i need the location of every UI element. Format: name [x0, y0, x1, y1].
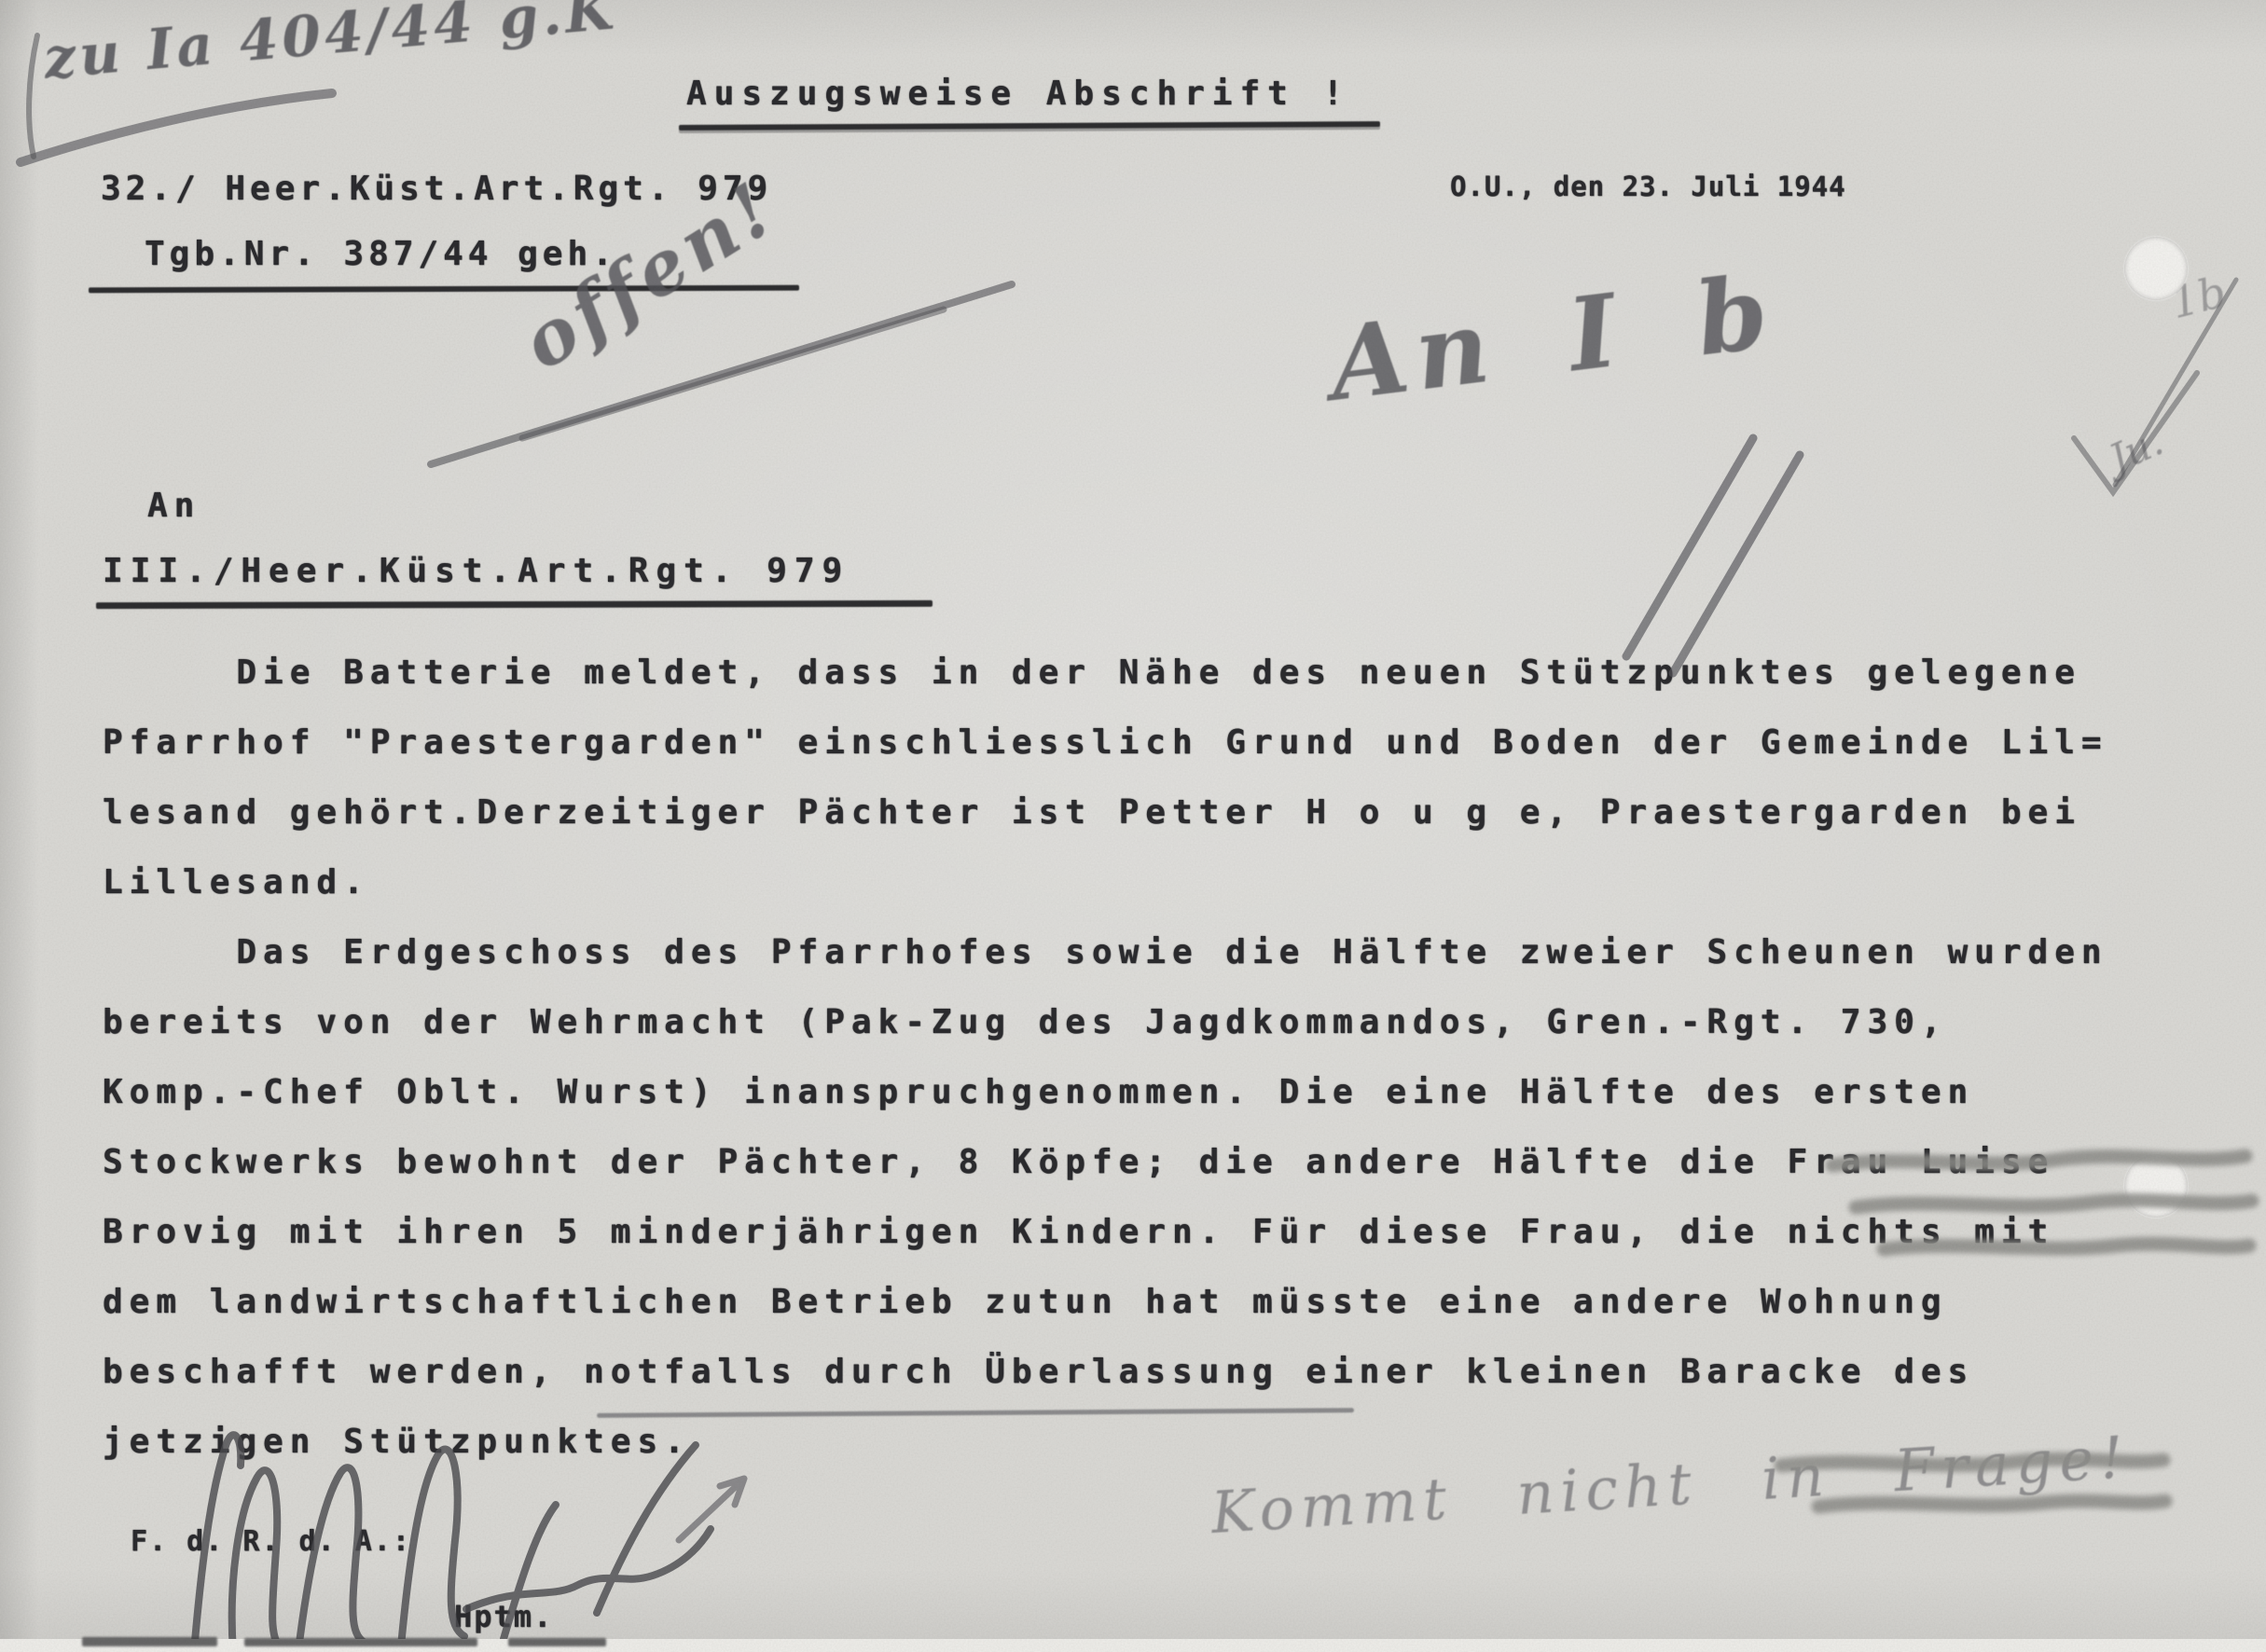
offen-strike-2 — [522, 310, 944, 438]
scan-artifact-strip-3 — [508, 1638, 606, 1646]
scan-artifact-strip-1 — [82, 1637, 217, 1646]
margin-paraph-stroke-1 — [2115, 280, 2236, 485]
routing-slash-2 — [1673, 455, 1800, 673]
scan-artifact-strip-2 — [244, 1638, 477, 1646]
scanned-document-page: zu Ia 404/44 g.K Auszugsweise Abschrift … — [0, 0, 2266, 1652]
bleedthrough-smudge — [1781, 1156, 2252, 1507]
signature-scrawl — [194, 1435, 711, 1652]
routing-slash-1 — [1626, 438, 1753, 656]
ref-descender-stroke — [29, 35, 37, 157]
margin-paraph-stroke-2 — [2074, 373, 2197, 492]
handwriting-strokes — [0, 0, 2266, 1652]
ref-underline-stroke — [21, 93, 332, 162]
